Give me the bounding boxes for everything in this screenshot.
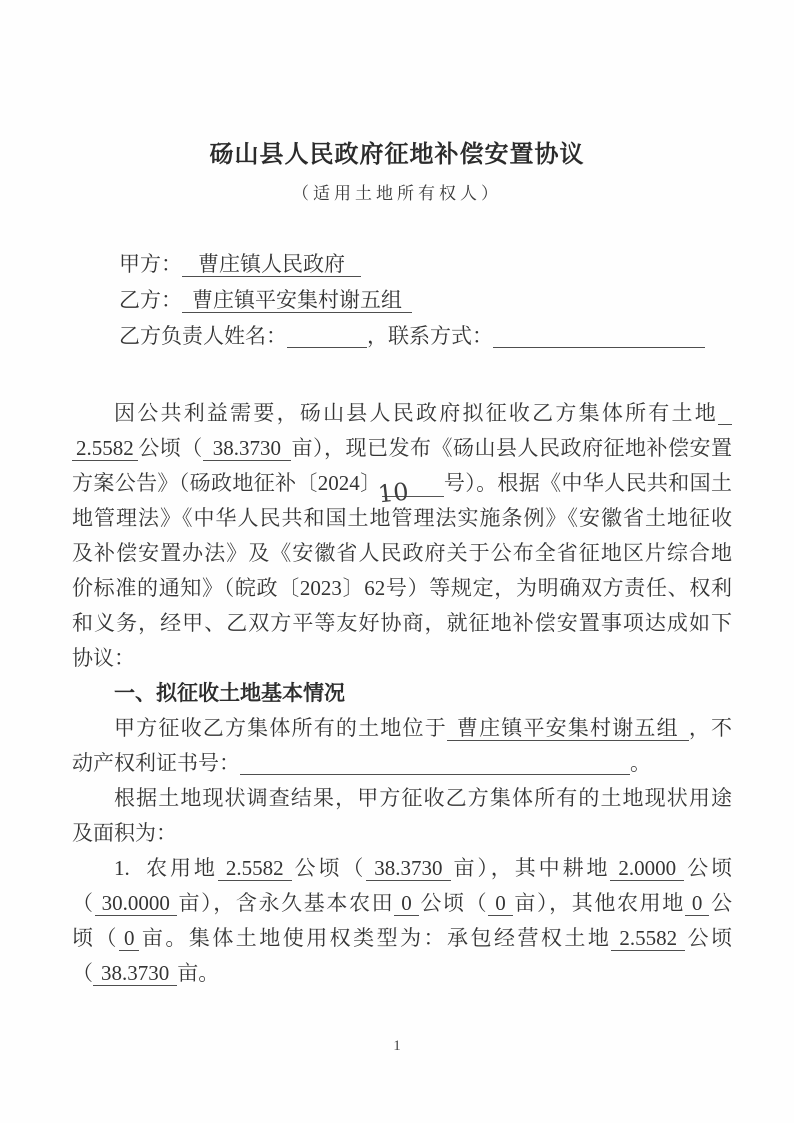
party-b-contact-line: 乙方负责人姓名：，联系方式： <box>72 318 732 354</box>
text-run: 公 <box>709 891 732 915</box>
text-run: 亩。 <box>177 961 219 985</box>
item-1-line-3: 顷（0亩。集体土地使用权类型为：承包经营权土地2.5582公顷 <box>72 921 732 956</box>
handwritten-number: 10 <box>376 479 409 506</box>
text-run: 顷（ <box>72 926 119 950</box>
text-run: 亩），含永久基本农田 <box>177 891 394 915</box>
text-run: 乙方： <box>119 288 182 312</box>
text-run: 地管理法》《中华人民共和国土地管理法实施条例》《安徽省土地征收 <box>72 506 732 530</box>
text-run: ，不 <box>689 716 732 740</box>
handwritten-blank: 10 <box>382 472 444 497</box>
filled-blank-value: 38.3730 <box>203 436 291 461</box>
paragraph-1-line-7: 和义务，经甲、乙双方平等友好协商，就征地补偿安置事项达成如下 <box>72 606 732 641</box>
text-run: 根据土地现状调查结果，甲方征收乙方集体所有的土地现状用途 <box>114 786 732 810</box>
page-number: 1 <box>0 1038 794 1055</box>
paragraph-1-line-5: 及补偿安置办法》及《安徽省人民政府关于公布全省征地区片综合地 <box>72 536 732 571</box>
text-run: 。 <box>630 751 651 775</box>
text-run: 亩），其他农用地 <box>513 891 685 915</box>
document-subtitle: （适用土地所有权人） <box>0 179 794 204</box>
paragraph-1-line-2: 2.5582公顷（38.3730亩），现已发布《砀山县人民政府征地补偿安置 <box>72 431 732 466</box>
text-run: 因公共利益需要，砀山县人民政府拟征收乙方集体所有土地 <box>114 401 718 425</box>
filled-blank-value: 曹庄镇平安集村谢五组 <box>447 716 689 741</box>
party-b-line: 乙方：曹庄镇平安集村谢五组 <box>72 282 732 318</box>
body-block: 因公共利益需要，砀山县人民政府拟征收乙方集体所有土地2.5582公顷（38.37… <box>72 396 732 991</box>
text-run: 一、拟征收土地基本情况 <box>114 682 345 705</box>
text-run: 亩），现已发布《砀山县人民政府征地补偿安置 <box>291 436 732 460</box>
document-title: 砀山县人民政府征地补偿安置协议 <box>0 134 794 169</box>
text-run: 甲方： <box>119 252 182 276</box>
blank-underline <box>240 754 630 775</box>
filled-blank-value: 2.5582 <box>611 926 685 951</box>
parties-block: 甲方：曹庄镇人民政府乙方：曹庄镇平安集村谢五组乙方负责人姓名：，联系方式： <box>72 246 732 354</box>
filled-blank-value: 曹庄镇人民政府 <box>182 252 361 277</box>
text-run: 亩），其中耕地 <box>451 856 611 880</box>
filled-blank-value: 30.0000 <box>95 891 177 916</box>
text-run: 及补偿安置办法》及《安徽省人民政府关于公布全省征地区片综合地 <box>72 541 732 565</box>
item-1-line-2: （30.0000亩），含永久基本农田0公顷（0亩），其他农用地0公 <box>72 886 732 921</box>
paragraph-1-line-4: 地管理法》《中华人民共和国土地管理法实施条例》《安徽省土地征收 <box>72 501 732 536</box>
item-1-line-1: 1. 农用地2.5582公顷（38.3730亩），其中耕地2.0000公顷 <box>72 851 732 886</box>
text-run: 甲方征收乙方集体所有的土地位于 <box>114 716 447 740</box>
filled-blank-value: 曹庄镇平安集村谢五组 <box>182 288 412 313</box>
text-run: 方案公告》（砀政地征补〔2024〕 <box>72 471 382 495</box>
paragraph-1-line-6: 价标准的通知》（皖政〔2023〕62号）等规定，为明确双方责任、权利 <box>72 571 732 606</box>
text-run: 动产权利证书号： <box>72 751 240 775</box>
filled-blank-value: 38.3730 <box>366 856 450 881</box>
paragraph-1-line-8: 协议： <box>72 641 732 676</box>
paragraph-2-line-2: 动产权利证书号：。 <box>72 746 732 781</box>
filled-blank-value: 0 <box>119 926 140 951</box>
filled-blank-value: 38.3730 <box>93 961 177 986</box>
filled-blank-value: 0 <box>394 891 419 916</box>
filled-blank-value: 0 <box>488 891 513 916</box>
paragraph-1-line-3: 方案公告》（砀政地征补〔2024〕10号）。根据《中华人民共和国土 <box>72 466 732 501</box>
filled-blank-value: 2.5582 <box>72 436 138 461</box>
text-run: 号）。根据《中华人民共和国土 <box>444 471 733 495</box>
text-run: 公顷 <box>685 926 732 950</box>
item-1-line-4: （38.3730亩。 <box>72 956 732 991</box>
blank-underline <box>718 404 732 425</box>
text-run: 协议： <box>72 646 135 670</box>
filled-blank-value: 0 <box>685 891 710 916</box>
text-run: 1. 农用地 <box>114 856 218 880</box>
text-run: 乙方负责人姓名： <box>119 324 287 348</box>
text-run: 及面积为： <box>72 821 177 845</box>
text-run: 公顷（ <box>292 856 367 880</box>
text-run: 公顷（ <box>419 891 489 915</box>
paragraph-1-line-1: 因公共利益需要，砀山县人民政府拟征收乙方集体所有土地 <box>72 396 732 431</box>
section-1-heading: 一、拟征收土地基本情况 <box>72 676 732 711</box>
filled-blank-value: 2.0000 <box>610 856 684 881</box>
paragraph-3-line-2: 及面积为： <box>72 816 732 851</box>
blank-underline <box>287 327 367 348</box>
text-run: （ <box>72 891 95 915</box>
paragraph-2-line-1: 甲方征收乙方集体所有的土地位于曹庄镇平安集村谢五组，不 <box>72 711 732 746</box>
text-run: 和义务，经甲、乙双方平等友好协商，就征地补偿安置事项达成如下 <box>72 611 732 635</box>
text-run: （ <box>72 961 93 985</box>
text-run: ，联系方式： <box>367 324 493 348</box>
filled-blank-value: 2.5582 <box>218 856 292 881</box>
paragraph-3-line-1: 根据土地现状调查结果，甲方征收乙方集体所有的土地现状用途 <box>72 781 732 816</box>
blank-underline <box>493 327 705 348</box>
document-page: 砀山县人民政府征地补偿安置协议 （适用土地所有权人） 甲方：曹庄镇人民政府乙方：… <box>0 0 794 1123</box>
text-run: 公顷 <box>684 856 732 880</box>
text-run: 公顷（ <box>138 436 203 460</box>
party-a-line: 甲方：曹庄镇人民政府 <box>72 246 732 282</box>
text-run: 价标准的通知》（皖政〔2023〕62号）等规定，为明确双方责任、权利 <box>72 576 732 600</box>
text-run: 亩。集体土地使用权类型为：承包经营权土地 <box>139 926 611 950</box>
